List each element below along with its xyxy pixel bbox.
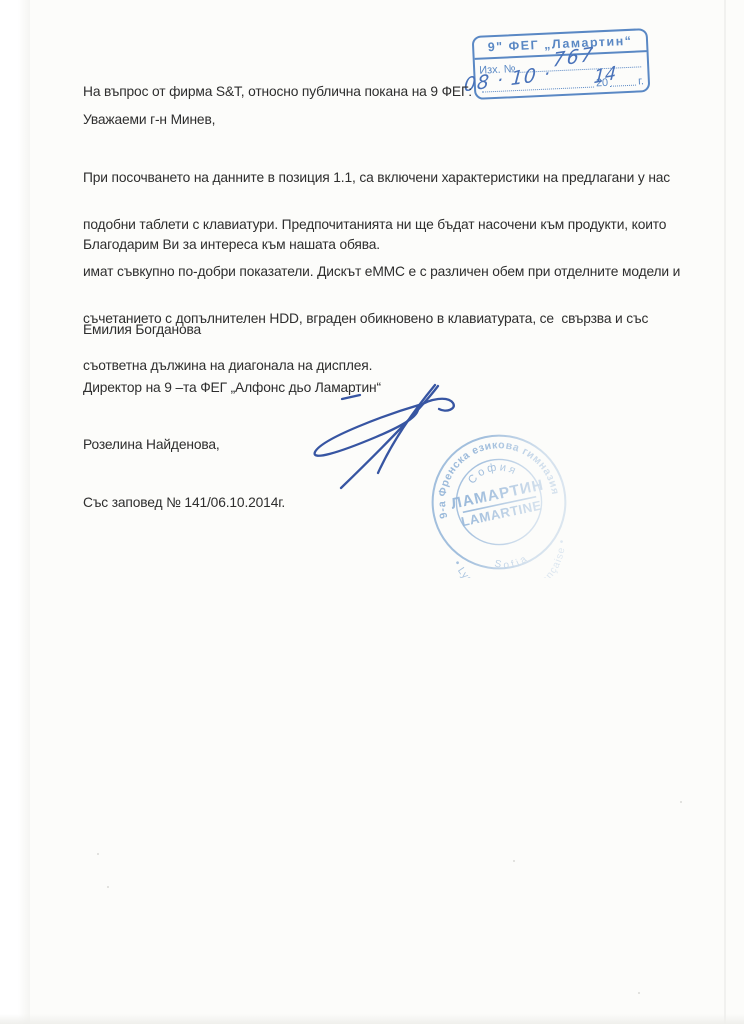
round-stamp-icon: 9-а Френска езикова гимназия • Lycée de …	[423, 426, 575, 578]
salutation: Уважаеми г-н Минев,	[83, 112, 215, 127]
scan-edge-right	[724, 0, 726, 1024]
body-line: При посочването на данните в позиция 1.1…	[83, 169, 680, 186]
paper-speck	[513, 860, 515, 862]
printed-year-suffix: г.	[638, 75, 644, 88]
paper-speck	[97, 853, 99, 855]
subject-line: На въпрос от фирма S&T, относно публична…	[83, 84, 472, 99]
closing-line: Благодарим Ви за интереса към нашата обя…	[83, 237, 380, 252]
body-line: имат съвкупно по-добри показатели. Дискъ…	[83, 263, 680, 280]
scan-edge-bottom	[0, 1014, 744, 1024]
body-line: подобни таблети с клавиатури. Предпочита…	[83, 216, 680, 233]
scan-edge-left	[0, 0, 30, 1024]
scanned-letter-page: 9" ФЕГ „Ламартин“ Изх. № 767 08 · 10 · 2…	[0, 0, 744, 1024]
signatory-name: Емилия Богданова	[83, 321, 381, 338]
paper-speck	[638, 992, 640, 994]
paper-speck	[680, 801, 682, 803]
svg-text:Sofia: Sofia	[491, 551, 532, 574]
stamp-inner-bottom-text: Sofia	[491, 551, 532, 574]
paper-speck	[107, 886, 109, 888]
handwritten-year: 14	[593, 63, 617, 89]
round-school-stamp: 9-а Френска езикова гимназия • Lycée de …	[423, 426, 575, 578]
registry-stamp: 9" ФЕГ „Ламартин“ Изх. № 767 08 · 10 · 2…	[472, 28, 651, 100]
